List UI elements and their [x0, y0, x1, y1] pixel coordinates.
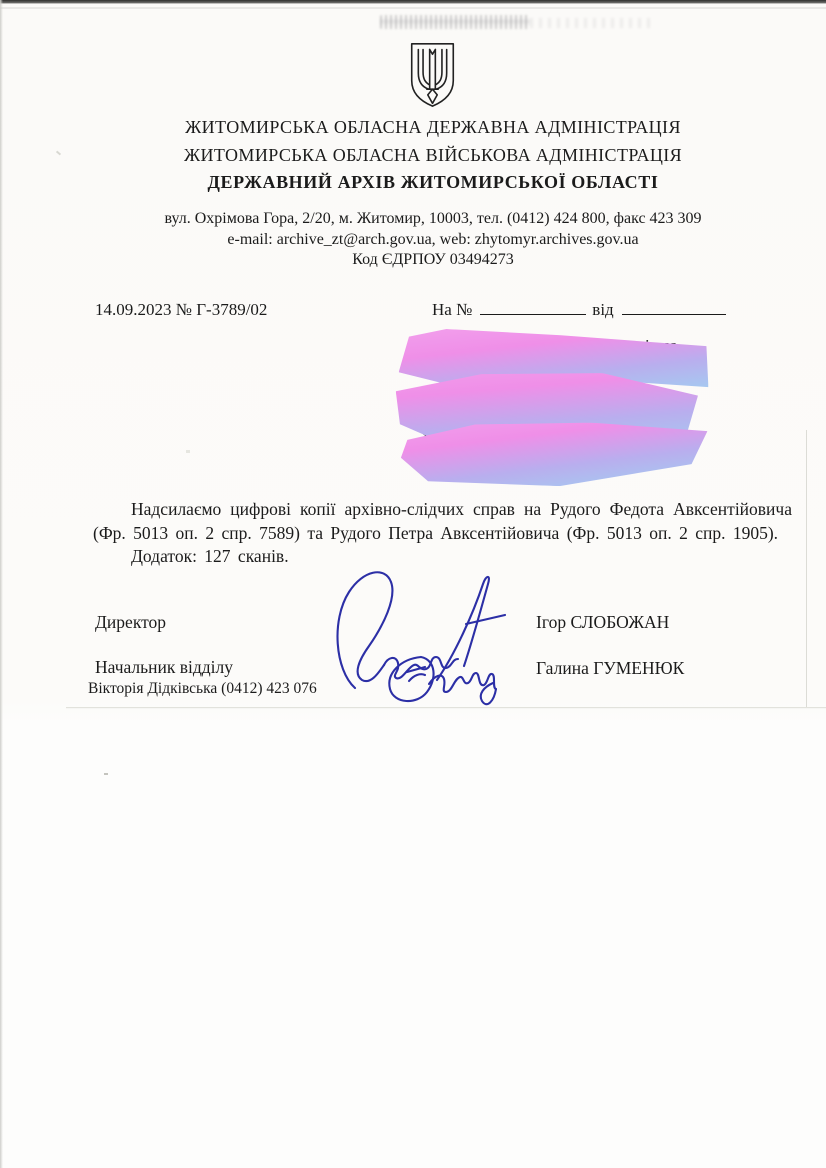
email-web-line: e-mail: archive_zt@arch.gov.ua, web: zhy… — [40, 231, 826, 249]
head-of-department-title: Начальник відділу — [95, 657, 233, 678]
scan-speck — [104, 773, 108, 775]
outgoing-date-number: 14.09.2023 № Г-3789/02 — [95, 300, 267, 320]
ink-bleedthrough-smudge — [530, 18, 650, 28]
ink-bleedthrough-smudge — [380, 15, 530, 29]
executor-contact-line: Вікторія Дідківська (0412) 423 076 — [88, 680, 317, 698]
redaction-marker-stroke — [400, 419, 707, 488]
reply-reference-line: На №від — [432, 300, 726, 320]
director-title: Директор — [95, 612, 166, 633]
org-name-state-administration: ЖИТОМИРСЬКА ОБЛАСНА ДЕРЖАВНА АДМІНІСТРАЦ… — [40, 117, 826, 138]
scanner-top-edge — [0, 0, 826, 4]
edrpou-code-line: Код ЄДРПОУ 03494273 — [40, 251, 826, 269]
ukraine-trident-icon — [404, 41, 461, 109]
reply-vid-label: від — [592, 300, 613, 319]
reply-number-blank — [480, 300, 586, 315]
head-of-department-name: Галина ГУМЕНЮК — [536, 658, 684, 679]
letter-paragraph: Надсилаємо цифрові копії архівно-слідчих… — [93, 498, 792, 545]
letter-body: Надсилаємо цифрові копії архівно-слідчих… — [93, 498, 792, 569]
reply-date-blank — [622, 300, 726, 315]
postal-address-line: вул. Охрімова Гора, 2/20, м. Житомир, 10… — [40, 210, 826, 228]
handwritten-signatures — [325, 562, 510, 712]
paper-right-edge-line — [806, 430, 807, 708]
scanner-top-edge-faint — [0, 7, 826, 9]
reply-prefix: На № — [432, 300, 472, 319]
scan-speck — [186, 450, 190, 453]
org-name-state-archive: ДЕРЖАВНИЙ АРХІВ ЖИТОМИРСЬКОЇ ОБЛАСТІ — [40, 172, 826, 193]
director-name: Ігор СЛОБОЖАН — [536, 612, 669, 633]
org-name-military-administration: ЖИТОМИРСЬКА ОБЛАСНА ВІЙСЬКОВА АДМІНІСТРА… — [40, 145, 826, 166]
scanner-left-edge — [0, 0, 3, 1168]
scanned-letter-page: ЖИТОМИРСЬКА ОБЛАСНА ДЕРЖАВНА АДМІНІСТРАЦ… — [0, 0, 826, 1168]
